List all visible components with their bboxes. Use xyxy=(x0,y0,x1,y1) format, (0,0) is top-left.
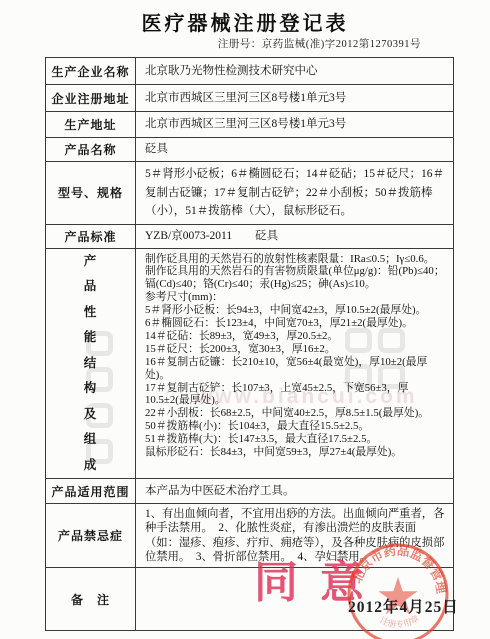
table-row-performance: 产品性能结构及组成 制作砭具用的天然岩石的放射性核素限量：IRa≤0.5；Iγ≤… xyxy=(46,249,453,480)
table-row-manufacturer: 生产企业名称 北京耿乃光物性检测技术研究中心 xyxy=(46,58,453,85)
vertical-label: 产品性能结构及组成 xyxy=(84,249,98,479)
row-value: 本产品为中医砭术治疗工具。 xyxy=(136,479,453,503)
row-value: 制作砭具用的天然岩石的放射性核素限量：IRa≤0.5；Iγ≤0.6。 制作砭具用… xyxy=(136,249,453,479)
table-row-product-name: 产品名称 砭具 xyxy=(46,138,453,162)
row-label: 生产企业名称 xyxy=(46,58,136,84)
row-label: 企业注册地址 xyxy=(46,85,136,111)
page-title: 医疗器械注册登记表 xyxy=(0,7,490,36)
table-row-prod-address: 生产地址 北京市西城区三里河三区8号楼1单元3号 xyxy=(46,112,453,138)
row-label: 备 注 xyxy=(46,568,136,630)
approval-date: 2012年4月25日 xyxy=(348,595,459,617)
row-value: YZB/京0073-2011 砭具 xyxy=(136,225,453,248)
row-label: 生产地址 xyxy=(46,112,136,137)
registration-form-page: www.biancui.com 医疗器械注册登记表 注册号：京药监械(准)字20… xyxy=(0,0,490,639)
row-value: 北京耿乃光物性检测技术研究中心 xyxy=(136,58,453,84)
row-label: 型号、规格 xyxy=(46,162,136,224)
seal-graphic: 北京市药品监督管理局 注册专用章 xyxy=(345,541,451,639)
table-row-scope: 产品适用范围 本产品为中医砭术治疗工具。 xyxy=(46,479,453,504)
row-label: 产品性能结构及组成 xyxy=(46,249,136,479)
row-value: 5＃肾形小砭板；6＃椭圆砭石；14＃砭砧；15＃砭尺；16＃复制古砭镰；17＃复… xyxy=(136,162,453,224)
row-value: 北京市西城区三里河三区8号楼1单元3号 xyxy=(136,112,453,137)
table-row-standard: 产品标准 YZB/京0073-2011 砭具 xyxy=(46,225,453,249)
row-value: 北京市西城区三里河三区8号楼1单元3号 xyxy=(136,85,453,111)
row-label: 产品禁忌症 xyxy=(46,504,136,567)
row-label: 产品名称 xyxy=(46,138,136,161)
official-seal: 北京市药品监督管理局 注册专用章 xyxy=(345,541,451,639)
registration-number: 注册号：京药监械(准)字2012第1270391号 xyxy=(218,36,421,51)
table-row-models: 型号、规格 5＃肾形小砭板；6＃椭圆砭石；14＃砭砧；15＃砭尺；16＃复制古砭… xyxy=(46,162,453,225)
table-row-reg-address: 企业注册地址 北京市西城区三里河三区8号楼1单元3号 xyxy=(46,85,453,112)
row-label: 产品适用范围 xyxy=(46,479,136,503)
row-value: 砭具 xyxy=(136,138,453,161)
row-label: 产品标准 xyxy=(46,225,136,248)
